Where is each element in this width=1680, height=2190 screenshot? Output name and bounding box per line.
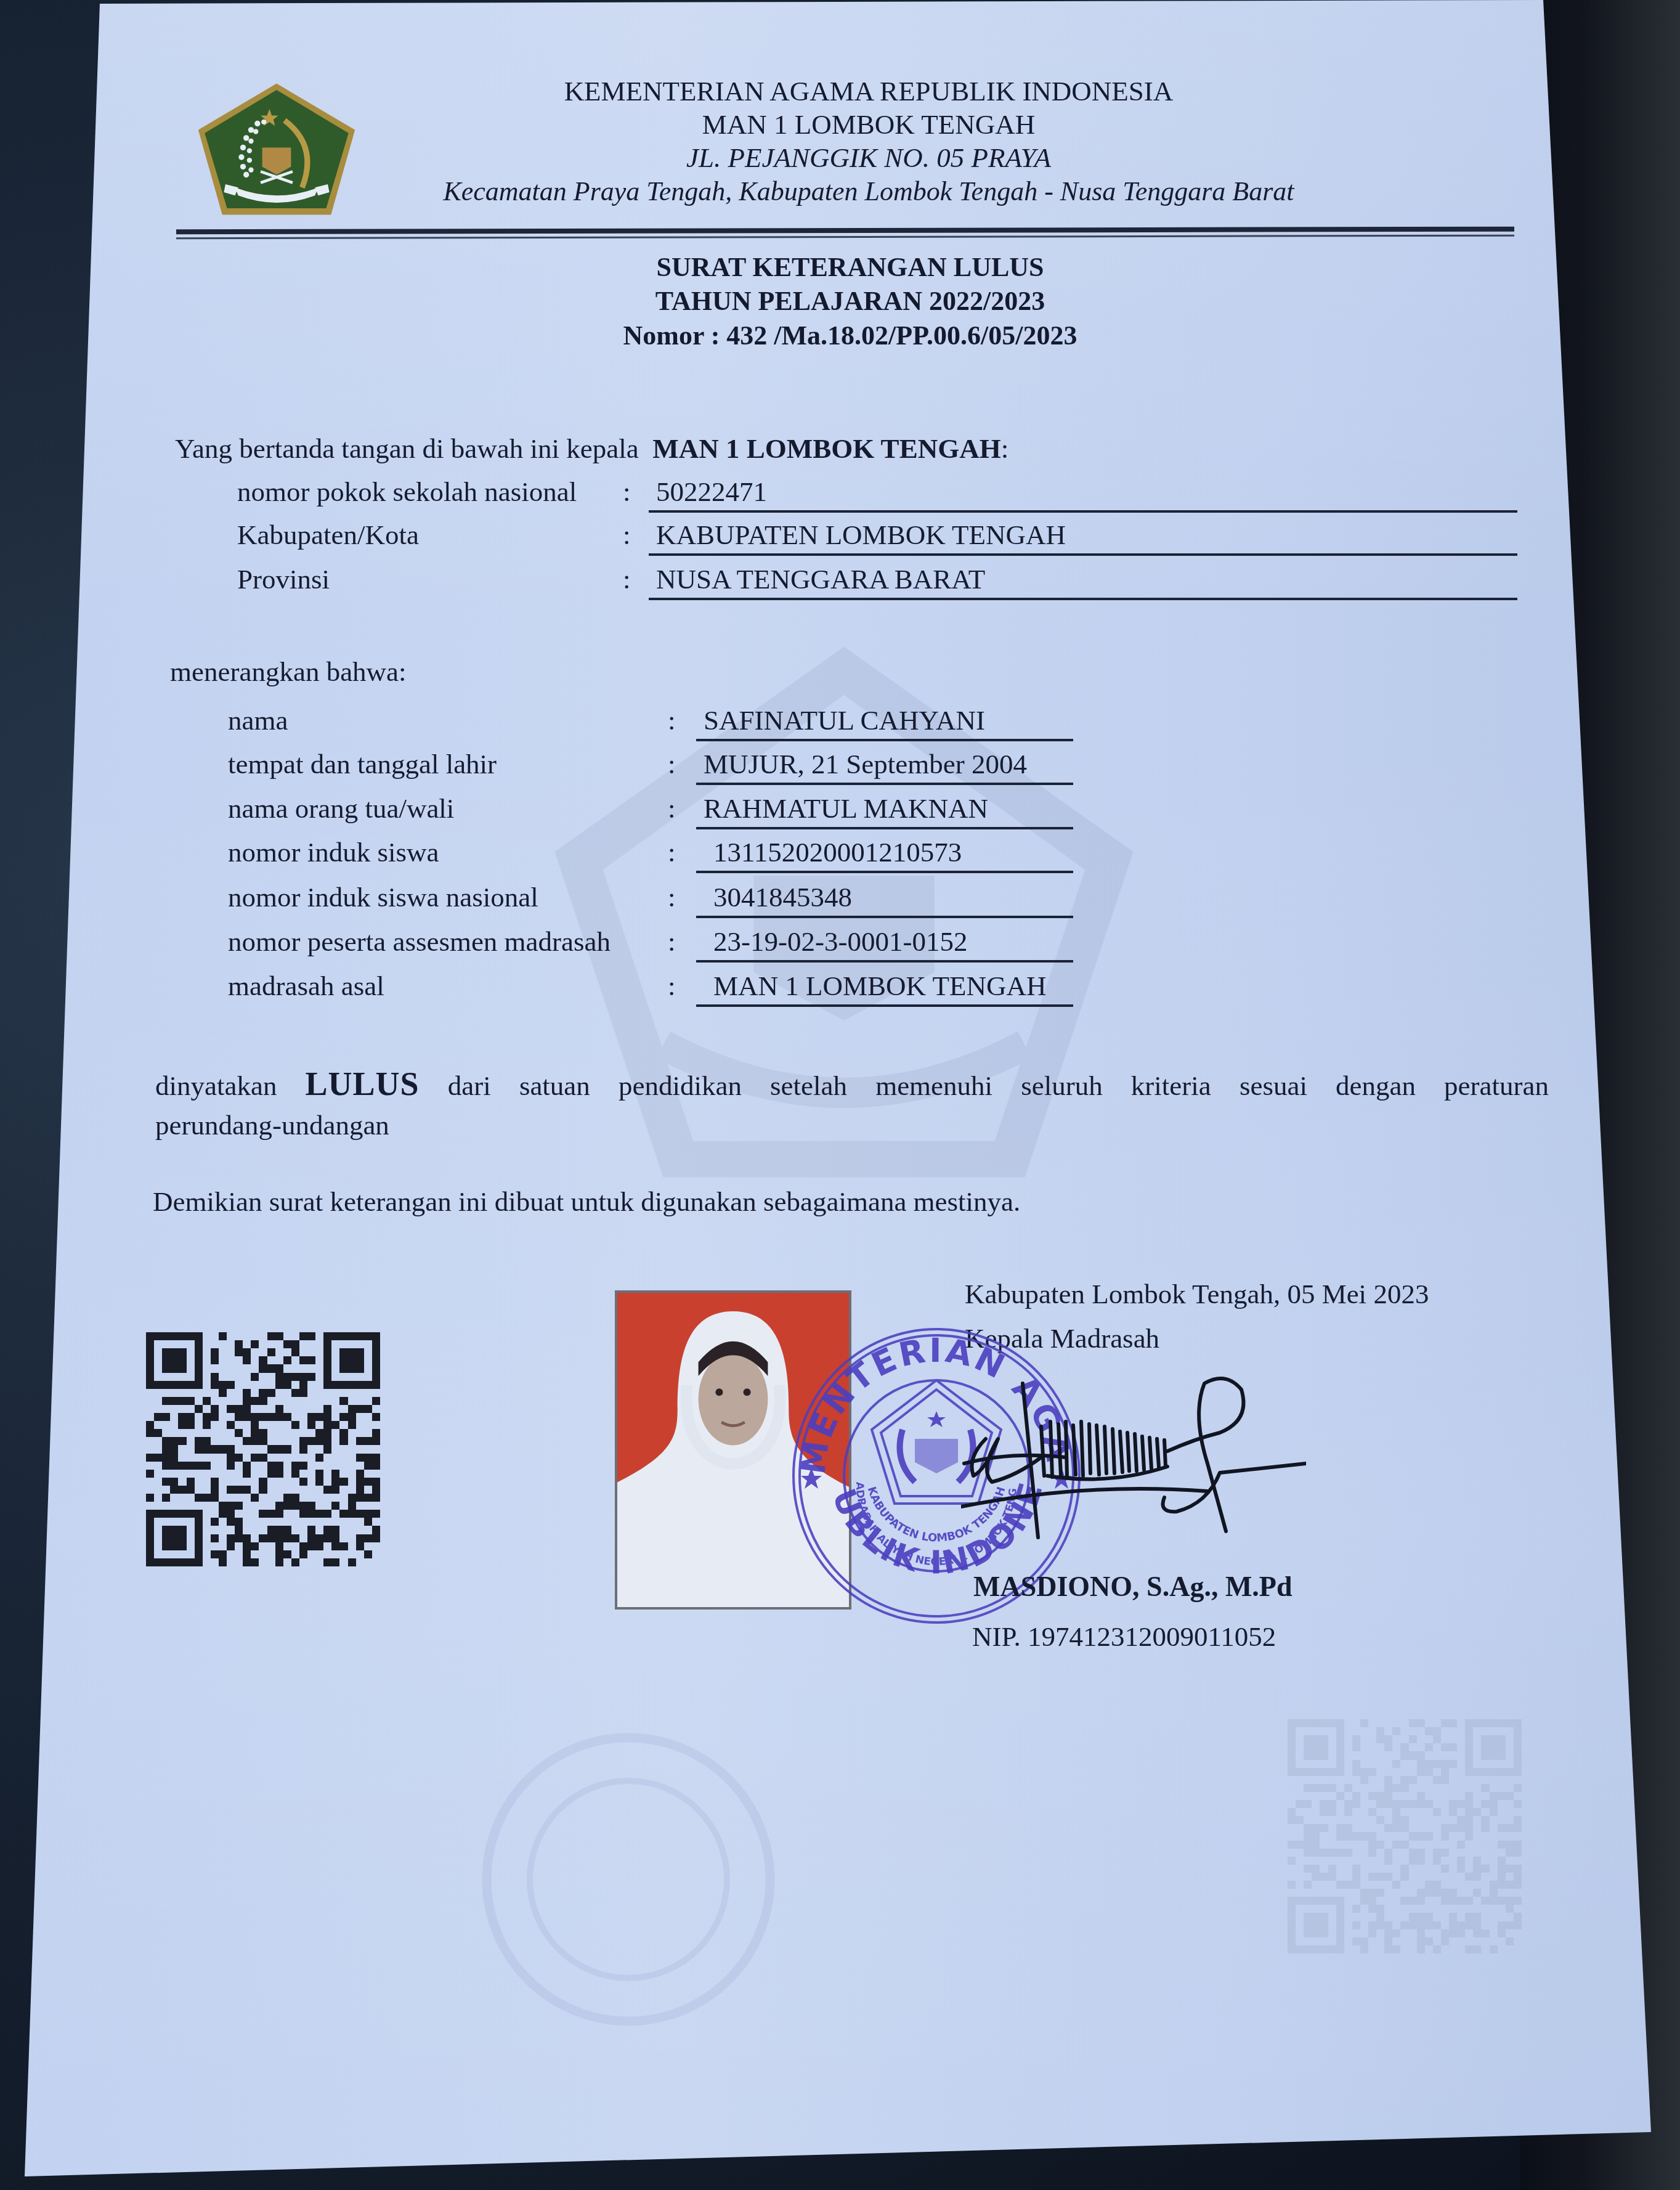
declaration-line2: perundang-undangan bbox=[155, 1109, 389, 1141]
intro-colon: : bbox=[1001, 433, 1009, 464]
field-value: 131152020001210573 bbox=[713, 836, 962, 868]
field-label: madrasah asal bbox=[228, 970, 384, 1002]
intro-school-name: MAN 1 LOMBOK TENGAH bbox=[652, 433, 1000, 464]
signer-name: MASDIONO, S.Ag., M.Pd bbox=[973, 1570, 1292, 1603]
field-value: NUSA TENGGARA BARAT bbox=[656, 563, 985, 595]
field-colon: : bbox=[623, 563, 631, 595]
certificate-page: KEMENTERIAN AGAMA REPUBLIK INDONESIA MAN… bbox=[0, 0, 1680, 2190]
field-value: MAN 1 LOMBOK TENGAH bbox=[713, 970, 1046, 1002]
field-label: nama orang tua/wali bbox=[228, 792, 454, 824]
place-and-date: Kabupaten Lombok Tengah, 05 Mei 2023 bbox=[965, 1278, 1429, 1310]
graduation-status: LULUS bbox=[306, 1065, 420, 1102]
field-label: tempat dan tanggal lahir bbox=[228, 748, 497, 780]
show-through-qr-icon bbox=[1275, 1719, 1534, 1953]
letterhead-divider bbox=[176, 227, 1514, 235]
field-value: KABUPATEN LOMBOK TENGAH bbox=[656, 519, 1066, 551]
field-label: nomor pokok sekolah nasional bbox=[237, 476, 577, 508]
intro-prefix: Yang bertanda tangan di bawah ini kepala bbox=[175, 433, 639, 464]
letterhead-region: Kecamatan Praya Tengah, Kabupaten Lombok… bbox=[308, 176, 1429, 207]
field-colon: : bbox=[668, 704, 676, 736]
lead-in-text: menerangkan bahwa: bbox=[170, 656, 407, 688]
field-colon: : bbox=[668, 970, 676, 1002]
field-underline bbox=[696, 1004, 1073, 1007]
field-underline bbox=[696, 783, 1073, 785]
closing-statement: Demikian surat keterangan ini dibuat unt… bbox=[153, 1186, 1020, 1218]
field-label: nomor induk siswa bbox=[228, 836, 439, 868]
field-underline bbox=[649, 553, 1517, 556]
field-underline bbox=[696, 960, 1073, 963]
field-colon: : bbox=[623, 476, 631, 508]
show-through-stamp-icon bbox=[474, 1725, 782, 2033]
qr-code-icon bbox=[143, 1332, 383, 1566]
field-underline bbox=[649, 510, 1517, 513]
declaration-line1: dinyatakan LULUS dari satuan pendidikan … bbox=[155, 1061, 1549, 1109]
document-title: SURAT KETERANGAN LULUS bbox=[431, 251, 1269, 283]
field-colon: : bbox=[668, 836, 676, 868]
field-colon: : bbox=[668, 881, 676, 913]
letterhead-divider-thin bbox=[176, 235, 1514, 240]
field-value: 50222471 bbox=[656, 476, 767, 508]
intro-statement: Yang bertanda tangan di bawah ini kepala… bbox=[175, 433, 1008, 465]
field-value: SAFINATUL CAHYANI bbox=[704, 704, 985, 736]
declaration-prefix: dinyatakan bbox=[155, 1070, 277, 1101]
field-underline bbox=[649, 598, 1517, 600]
field-label: nomor induk siswa nasional bbox=[228, 881, 538, 913]
field-label: Provinsi bbox=[237, 563, 330, 595]
field-colon: : bbox=[623, 519, 631, 551]
field-underline bbox=[696, 827, 1073, 829]
field-value: MUJUR, 21 September 2004 bbox=[704, 748, 1027, 780]
field-colon: : bbox=[668, 748, 676, 780]
letterhead-ministry: KEMENTERIAN AGAMA REPUBLIK INDONESIA bbox=[345, 75, 1392, 107]
field-underline bbox=[696, 871, 1073, 873]
field-colon: : bbox=[668, 926, 676, 958]
declaration-text: dari satuan pendidikan setelah memenuhi … bbox=[448, 1070, 1549, 1101]
field-label: nomor peserta assesmen madrasah bbox=[228, 926, 611, 958]
signer-nip: NIP. 197412312009011052 bbox=[972, 1621, 1276, 1653]
field-label: nama bbox=[228, 704, 288, 736]
field-underline bbox=[696, 739, 1073, 741]
handwritten-signature-icon bbox=[961, 1365, 1306, 1574]
letterhead-address: JL. PEJANGGIK NO. 05 PRAYA bbox=[345, 142, 1392, 174]
document-number: Nomor : 432 /Ma.18.02/PP.00.6/05/2023 bbox=[431, 320, 1269, 351]
field-value: RAHMATUL MAKNAN bbox=[704, 792, 988, 824]
letterhead-school: MAN 1 LOMBOK TENGAH bbox=[345, 108, 1392, 140]
field-colon: : bbox=[668, 792, 676, 824]
academic-year: TAHUN PELAJARAN 2022/2023 bbox=[431, 285, 1269, 317]
field-underline bbox=[696, 916, 1073, 918]
field-label: Kabupaten/Kota bbox=[237, 519, 419, 551]
field-value: 3041845348 bbox=[713, 881, 852, 913]
field-value: 23-19-02-3-0001-0152 bbox=[713, 926, 967, 958]
